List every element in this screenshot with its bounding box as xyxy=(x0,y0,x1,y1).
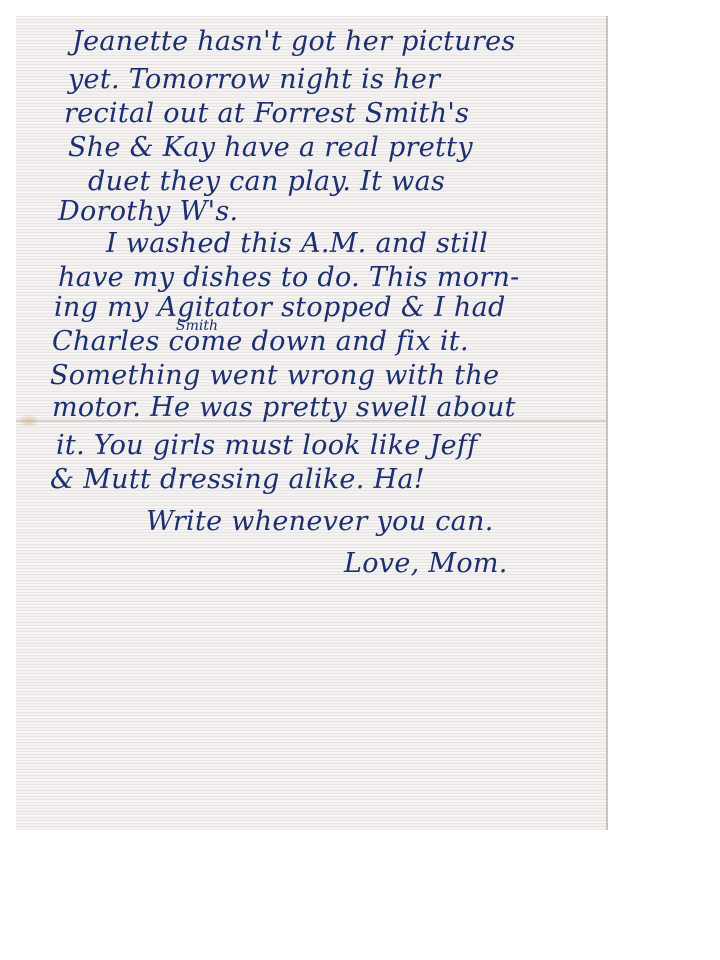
letter-line-1: Jeanette hasn't got her pictures xyxy=(72,26,516,57)
paper-stain xyxy=(18,414,40,428)
letter-line-2: yet. Tomorrow night is her xyxy=(68,64,440,95)
letter-line-11: Something went wrong with the xyxy=(50,360,499,391)
letter-line-3: recital out at Forrest Smith's xyxy=(64,98,469,129)
letter-line-12: motor. He was pretty swell about xyxy=(52,392,516,423)
letter-line-9: ing my Agitator stopped & I had xyxy=(54,292,506,323)
letter-line-7: I washed this A.M. and still xyxy=(106,228,488,259)
letter-line-4: She & Kay have a real pretty xyxy=(68,132,473,163)
letter-line-13: it. You girls must look like Jeff xyxy=(56,430,478,461)
letter-line-6: Dorothy W's. xyxy=(58,196,238,227)
letter-line-10: Charles come down and fix it. xyxy=(52,326,469,357)
letter-line-14: & Mutt dressing alike. Ha! xyxy=(50,464,425,495)
letter-line-5: duet they can play. It was xyxy=(88,166,445,197)
letter-line-8: have my dishes to do. This morn- xyxy=(58,262,520,293)
letter-page: Jeanette hasn't got her pictures yet. To… xyxy=(16,16,608,830)
letter-signature: Love, Mom. xyxy=(344,548,508,579)
letter-line-15: Write whenever you can. xyxy=(146,506,494,537)
